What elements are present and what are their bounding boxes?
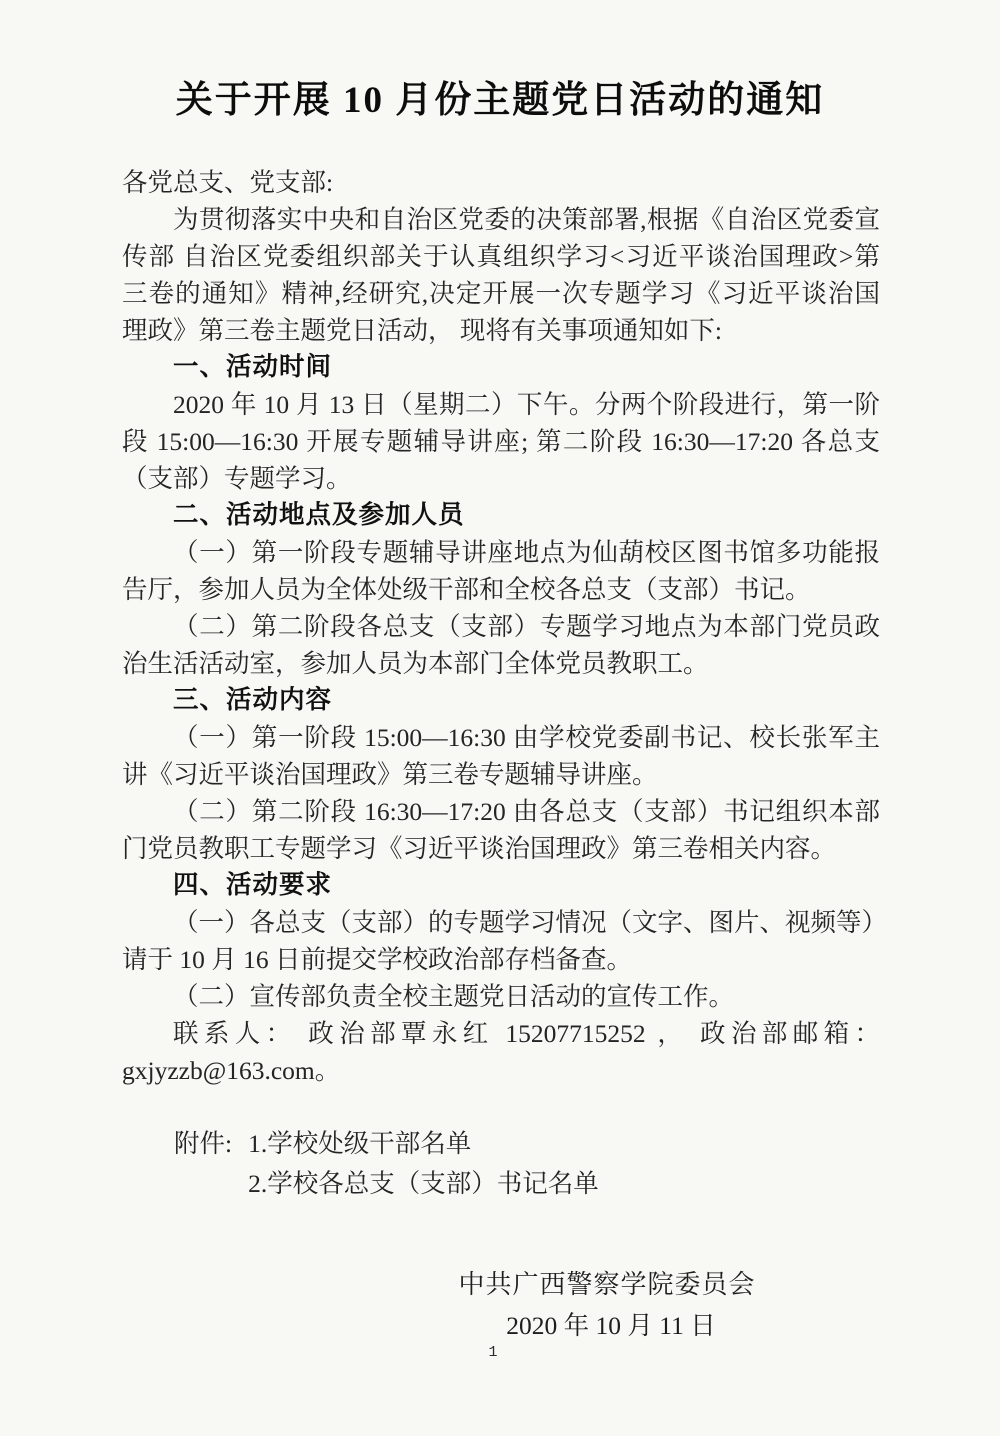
page-number: 1: [0, 1344, 1000, 1362]
body-line: 各党总支、党支部:: [122, 164, 880, 201]
section-heading: 三、活动内容: [122, 682, 880, 719]
body-line: （一）第一阶段专题辅导讲座地点为仙葫校区图书馆多功能报: [122, 534, 880, 571]
body-line: 请于 10 月 16 日前提交学校政治部存档备查。: [122, 941, 880, 978]
attachments-block: 附件: 1.学校处级干部名单 2.学校各总支（支部）书记名单: [174, 1124, 599, 1204]
document-title: 关于开展 10 月份主题党日活动的通知: [0, 78, 1000, 124]
body-line: （二）第二阶段 16:30—17:20 由各总支（支部）书记组织本部: [122, 793, 880, 830]
attachments-list: 1.学校处级干部名单 2.学校各总支（支部）书记名单: [248, 1124, 599, 1204]
body-line: 告厅，参加人员为全体处级干部和全校各总支（支部）书记。: [122, 571, 880, 608]
signature-organization: 中共广西警察学院委员会: [0, 1266, 1000, 1303]
body-line: （二）宣传部负责全校主题党日活动的宣传工作。: [122, 978, 880, 1015]
document-body: 各党总支、党支部:为贯彻落实中央和自治区党委的决策部署,根据《自治区党委宣传部 …: [122, 164, 880, 1089]
body-line: 讲《习近平谈治国理政》第三卷专题辅导讲座。: [122, 756, 880, 793]
attachments-label: 附件:: [174, 1124, 232, 1164]
body-line: 段 15:00—16:30 开展专题辅导讲座; 第二阶段 16:30—17:20…: [122, 423, 880, 460]
body-line: gxjyzzb@163.com。: [122, 1052, 880, 1089]
body-line: 为贯彻落实中央和自治区党委的决策部署,根据《自治区党委宣: [122, 201, 880, 238]
body-line: 三卷的通知》精神,经研究,决定开展一次专题学习《习近平谈治国: [122, 275, 880, 312]
section-heading: 四、活动要求: [122, 867, 880, 904]
body-line: 2020 年 10 月 13 日（星期二）下午。分两个阶段进行，第一阶: [122, 386, 880, 423]
body-line: （一）第一阶段 15:00—16:30 由学校党委副书记、校长张军主: [122, 719, 880, 756]
signature-date: 2020 年 10 月 11 日: [0, 1307, 1000, 1344]
attachment-item: 1.学校处级干部名单: [248, 1124, 599, 1164]
body-line: 理政》第三卷主题党日活动， 现将有关事项通知如下:: [122, 312, 880, 349]
document-page: 关于开展 10 月份主题党日活动的通知 各党总支、党支部:为贯彻落实中央和自治区…: [0, 0, 1000, 1436]
body-line: 联系人： 政治部覃永红 15207715252 ， 政治部邮箱：: [122, 1015, 880, 1052]
body-line: 门党员教职工专题学习《习近平谈治国理政》第三卷相关内容。: [122, 830, 880, 867]
body-line: （二）第二阶段各总支（支部）专题学习地点为本部门党员政: [122, 608, 880, 645]
body-line: （一）各总支（支部）的专题学习情况（文字、图片、视频等）: [122, 904, 880, 941]
attachment-item: 2.学校各总支（支部）书记名单: [248, 1164, 599, 1204]
section-heading: 二、活动地点及参加人员: [122, 497, 880, 534]
body-line: 治生活活动室，参加人员为本部门全体党员教职工。: [122, 645, 880, 682]
body-line: 传部 自治区党委组织部关于认真组织学习<习近平谈治国理政>第: [122, 238, 880, 275]
section-heading: 一、活动时间: [122, 349, 880, 386]
body-line: （支部）专题学习。: [122, 460, 880, 497]
